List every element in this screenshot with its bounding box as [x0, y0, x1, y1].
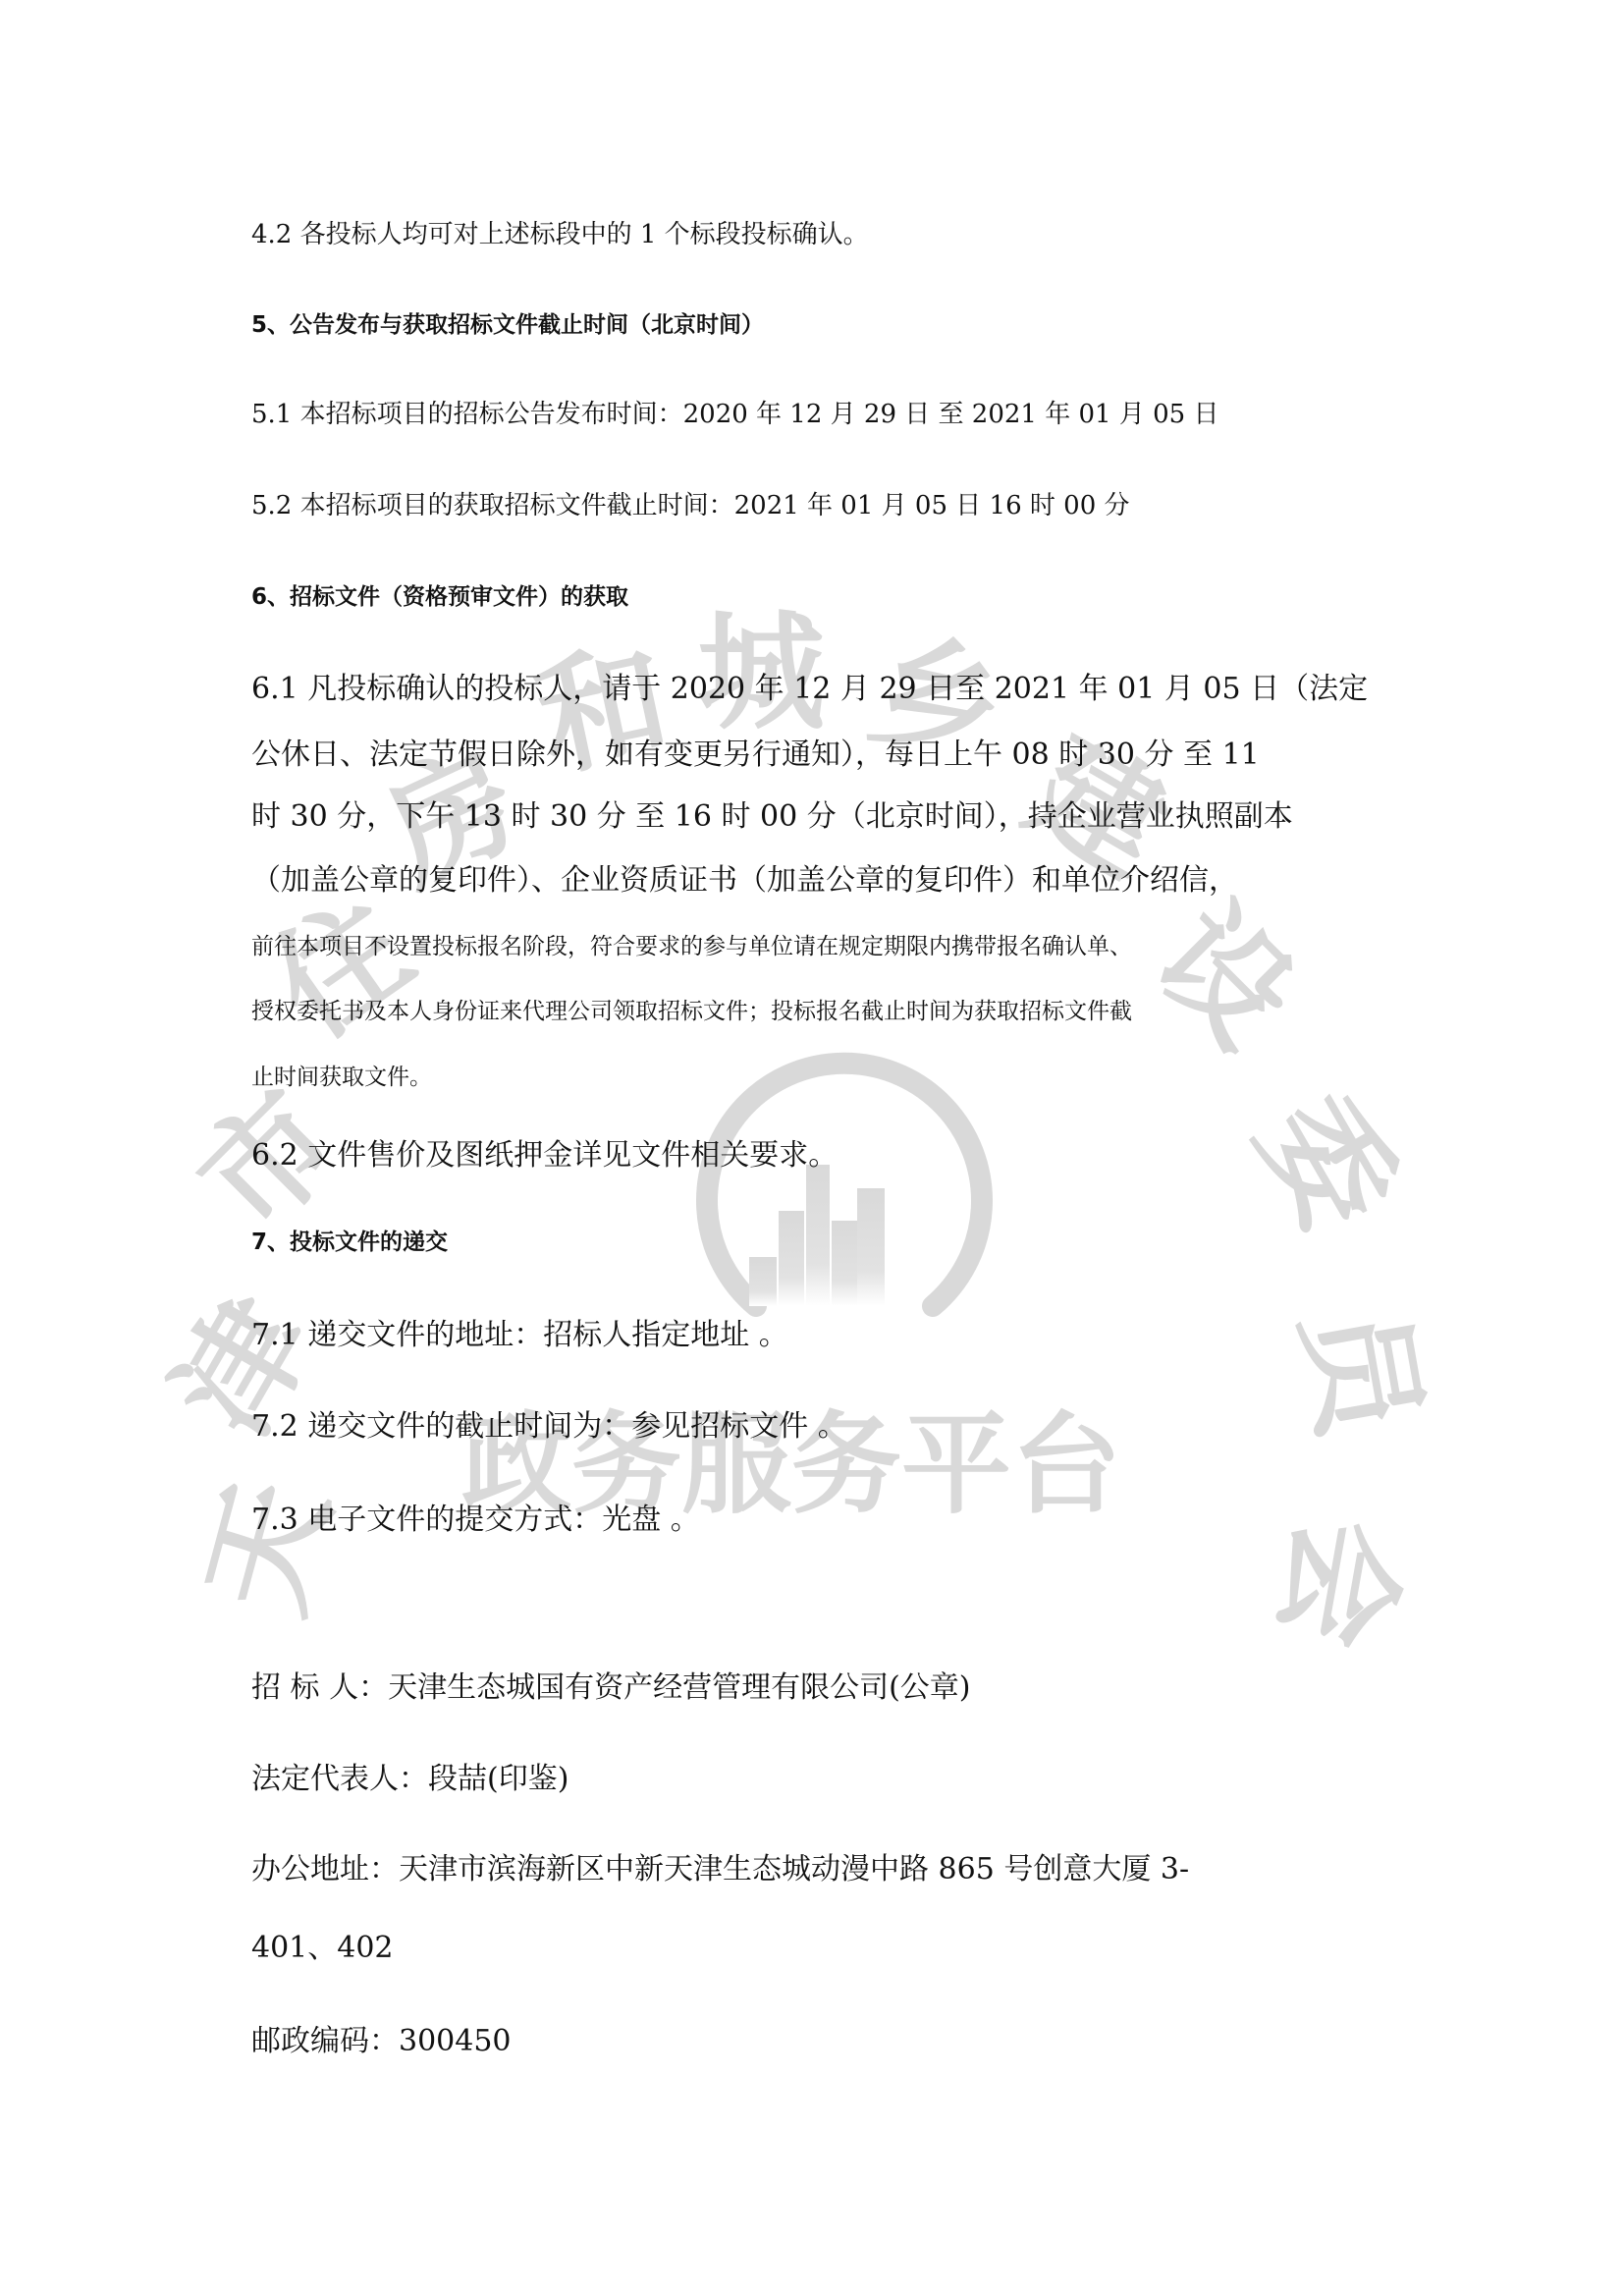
clause-7-1: 7.1 递交文件的地址：招标人指定地址 。	[251, 1319, 788, 1352]
seal-logo-icon	[707, 1064, 982, 1306]
clause-6-2: 6.2 文件售价及图纸押金详见文件相关要求。	[251, 1139, 838, 1173]
section-7-heading: 7、投标文件的递交	[251, 1228, 448, 1257]
svg-text:委: 委	[1230, 1070, 1424, 1256]
tenderer: 招 标 人：天津生态城国有资产经营管理有限公司(公章)	[251, 1671, 970, 1705]
clause-6-1-line: （加盖公章的复印件）、企业资质证书（加盖公章的复印件）和单位介绍信，	[251, 864, 1238, 898]
svg-text:住: 住	[246, 870, 437, 1066]
clause-5-2: 5.2 本招标项目的获取招标文件截止时间：2021 年 01 月 05 日 16…	[251, 489, 1130, 522]
postcode: 邮政编码：300450	[251, 2025, 512, 2058]
svg-text:天: 天	[180, 1466, 356, 1628]
office-address-line2: 401、402	[251, 1932, 394, 1965]
legal-representative: 法定代表人：段喆(印鉴)	[251, 1763, 568, 1796]
document-page: 天 津 市 住 房 和 城 乡 建 设 委 员 会 政务服务平台 4.2 各投标…	[0, 0, 1623, 2296]
clause-6-1-line: 止时间获取文件。	[251, 1061, 432, 1094]
clause-6-1-line: 时 30 分，下午 13 时 30 分 至 16 时 00 分（北京时间），持企…	[251, 800, 1293, 834]
svg-text:会: 会	[1254, 1507, 1423, 1659]
clause-6-1-line: 授权委托书及本人身份证来代理公司领取招标文件；投标报名截止时间为获取招标文件截	[251, 995, 1132, 1028]
section-5-heading: 5、公告发布与获取招标文件截止时间（北京时间）	[251, 310, 764, 340]
clause-6-1-line: 公休日、法定节假日除外，如有变更另行通知），每日上午 08 时 30 分 至 1…	[251, 738, 1260, 772]
office-address-line1: 办公地址：天津市滨海新区中新天津生态城动漫中路 865 号创意大厦 3-	[251, 1853, 1189, 1886]
section-6-heading: 6、招标文件（资格预审文件）的获取	[251, 582, 628, 612]
clause-5-1: 5.1 本招标项目的招标公告发布时间：2020 年 12 月 29 日 至 20…	[251, 398, 1218, 431]
svg-text:员: 员	[1275, 1295, 1446, 1455]
svg-text:设: 设	[1127, 878, 1323, 1073]
clause-6-1-line: 前往本项目不设置投标报名阶段，符合要求的参与单位请在规定期限内携带报名确认单、	[251, 930, 1132, 963]
clause-7-3: 7.3 电子文件的提交方式：光盘 。	[251, 1503, 700, 1537]
clause-7-2: 7.2 递交文件的截止时间为：参见招标文件 。	[251, 1410, 847, 1444]
clause-6-1-line: 6.1 凡投标确认的投标人，请于 2020 年 12 月 29 日至 2021 …	[251, 673, 1368, 706]
clause-4-2: 4.2 各投标人均可对上述标段中的 1 个标段投标确认。	[251, 218, 869, 251]
